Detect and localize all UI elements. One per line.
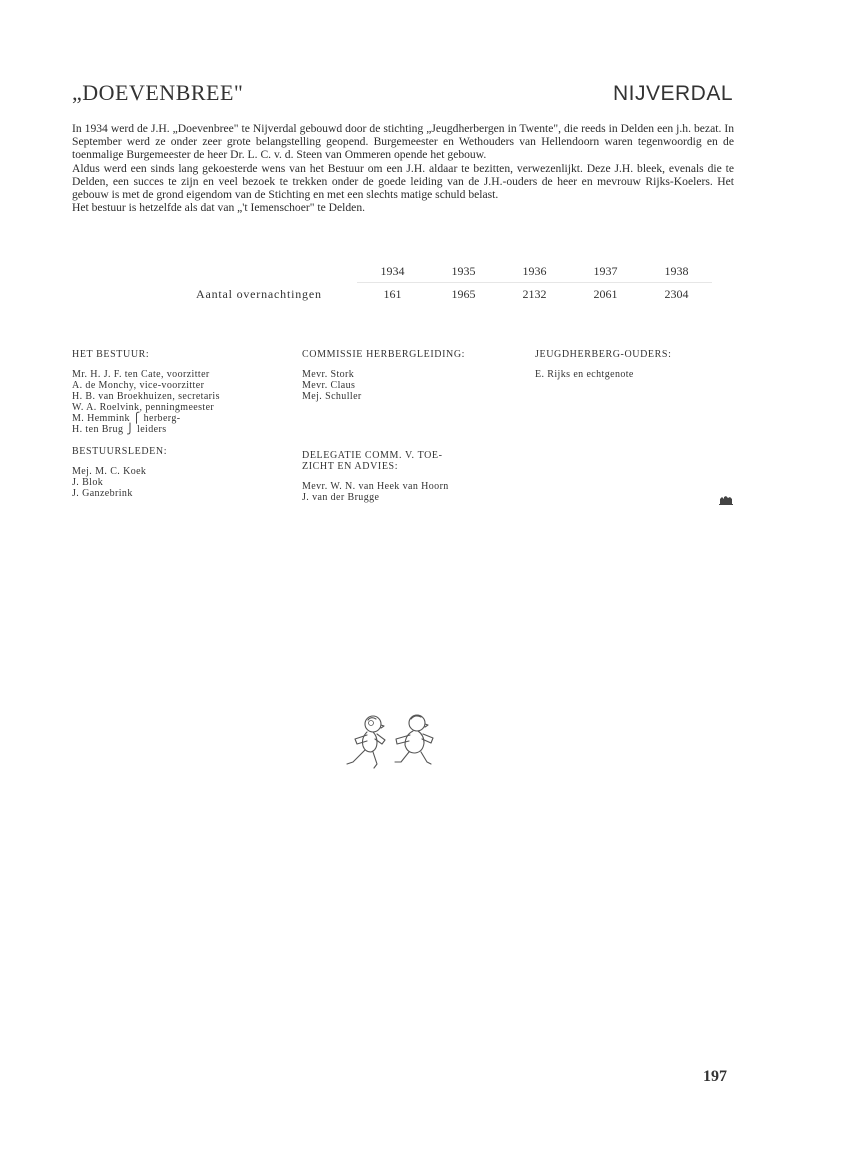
year-header: 1937 (570, 262, 641, 283)
ouders-column: JEUGDHERBERG-OUDERS: E. Rijks en echtgen… (535, 349, 671, 391)
list-item: H. B. van Broekhuizen, secretaris (72, 391, 220, 402)
running-children-illustration (337, 710, 453, 772)
list-item: Mevr. Stork (302, 369, 465, 380)
list-item: W. A. Roelvink, penningmeester (72, 402, 220, 413)
section-heading: JEUGDHERBERG-OUDERS: (535, 349, 671, 360)
year-header: 1935 (428, 262, 499, 283)
table-cell: 2304 (641, 283, 712, 304)
year-header: 1938 (641, 262, 712, 283)
section-heading: HET BESTUUR: (72, 349, 220, 360)
table-header-row: 1934 1935 1936 1937 1938 (195, 262, 712, 283)
row-label: Aantal overnachtingen (195, 283, 357, 304)
list-item: Mevr. W. N. van Heek van Hoorn (302, 481, 465, 492)
table-cell: 1965 (428, 283, 499, 304)
list-item: H. ten Brug ⎭ leiders (72, 424, 220, 435)
list-item: Mej. M. C. Koek (72, 466, 220, 477)
bestuur-column: HET BESTUUR: Mr. H. J. F. ten Cate, voor… (72, 349, 220, 510)
section-heading: COMMISSIE HERBERGLEIDING: (302, 349, 465, 360)
overnight-stats-table: 1934 1935 1936 1937 1938 Aantal overnach… (195, 262, 712, 303)
table-cell: 2061 (570, 283, 641, 304)
section-heading: DELEGATIE COMM. V. TOE- ZICHT EN ADVIES: (302, 450, 465, 472)
list-item: J. Ganzebrink (72, 488, 220, 499)
intro-paragraph: In 1934 werd de J.H. „Doevenbree" te Nij… (72, 122, 734, 162)
list-item: J. van der Brugge (302, 492, 465, 503)
list-item: Mr. H. J. F. ten Cate, voorzitter (72, 369, 220, 380)
intro-paragraph: Aldus werd een sinds lang gekoesterde we… (72, 162, 734, 202)
location-title: NIJVERDAL (613, 82, 733, 106)
list-item: J. Blok (72, 477, 220, 488)
table-row: Aantal overnachtingen 161 1965 2132 2061… (195, 283, 712, 304)
table-cell: 161 (357, 283, 428, 304)
table-cell: 2132 (499, 283, 570, 304)
page-number: 197 (703, 1068, 727, 1086)
year-header: 1936 (499, 262, 570, 283)
page-title: „DOEVENBREE" (72, 80, 243, 106)
list-item: E. Rijks en echtgenote (535, 369, 671, 380)
intro-text: In 1934 werd de J.H. „Doevenbree" te Nij… (72, 122, 734, 214)
commissie-column: COMMISSIE HERBERGLEIDING: Mevr. Stork Me… (302, 349, 465, 514)
list-item: Mevr. Claus (302, 380, 465, 391)
list-item: Mej. Schuller (302, 391, 465, 402)
section-heading: BESTUURSLEDEN: (72, 446, 220, 457)
list-item: A. de Monchy, vice-voorzitter (72, 380, 220, 391)
list-item: M. Hemmink ⎧ herberg- (72, 413, 220, 424)
hostel-logo-icon (719, 495, 733, 505)
year-header: 1934 (357, 262, 428, 283)
intro-paragraph: Het bestuur is hetzelfde als dat van „'t… (72, 201, 734, 214)
